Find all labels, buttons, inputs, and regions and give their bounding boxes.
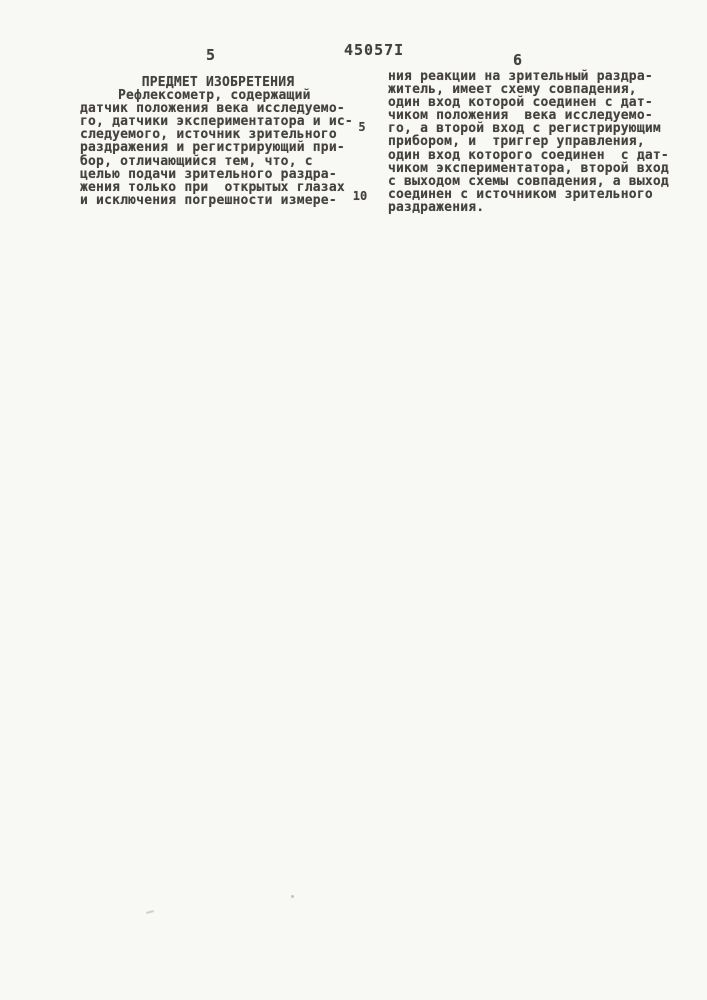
- text-line: бор, отличающийся тем, что, с: [80, 155, 356, 168]
- patent-document-page: 5 45057I 6 ПРЕДМЕТ ИЗОБРЕТЕНИЯ Рефлексом…: [0, 0, 707, 1000]
- paper-speck: [146, 910, 154, 914]
- page-number-left: 5: [206, 48, 215, 63]
- text-line: жения только при открытых глазах: [80, 181, 356, 194]
- gutter-line-number-5: 5: [351, 121, 373, 133]
- gutter-line-number-10: 10: [349, 190, 371, 202]
- paper-speck: [291, 895, 294, 898]
- text-line: чиком экспериментатора, второй вход: [388, 162, 680, 175]
- page-number-right: 6: [513, 53, 522, 68]
- text-line: один вход которого соединен с дат-: [388, 149, 680, 162]
- patent-number: 45057I: [344, 43, 404, 58]
- text-line: прибором, и триггер управления,: [388, 135, 680, 148]
- text-line: с выходом схемы совпадения, а выход: [388, 175, 680, 188]
- text-line: целью подачи зрительного раздра-: [80, 168, 356, 181]
- text-line: соединен с источником зрительного: [388, 188, 680, 201]
- left-text-column: ПРЕДМЕТ ИЗОБРЕТЕНИЯ Рефлексометр, содерж…: [80, 76, 356, 207]
- right-text-column: ния реакции на зрительный раздра- житель…: [388, 70, 680, 214]
- text-line: раздражения.: [388, 201, 680, 214]
- text-line: раздражения и регистрирующий при-: [80, 141, 356, 154]
- text-line: и исключения погрешности измере-: [80, 194, 356, 207]
